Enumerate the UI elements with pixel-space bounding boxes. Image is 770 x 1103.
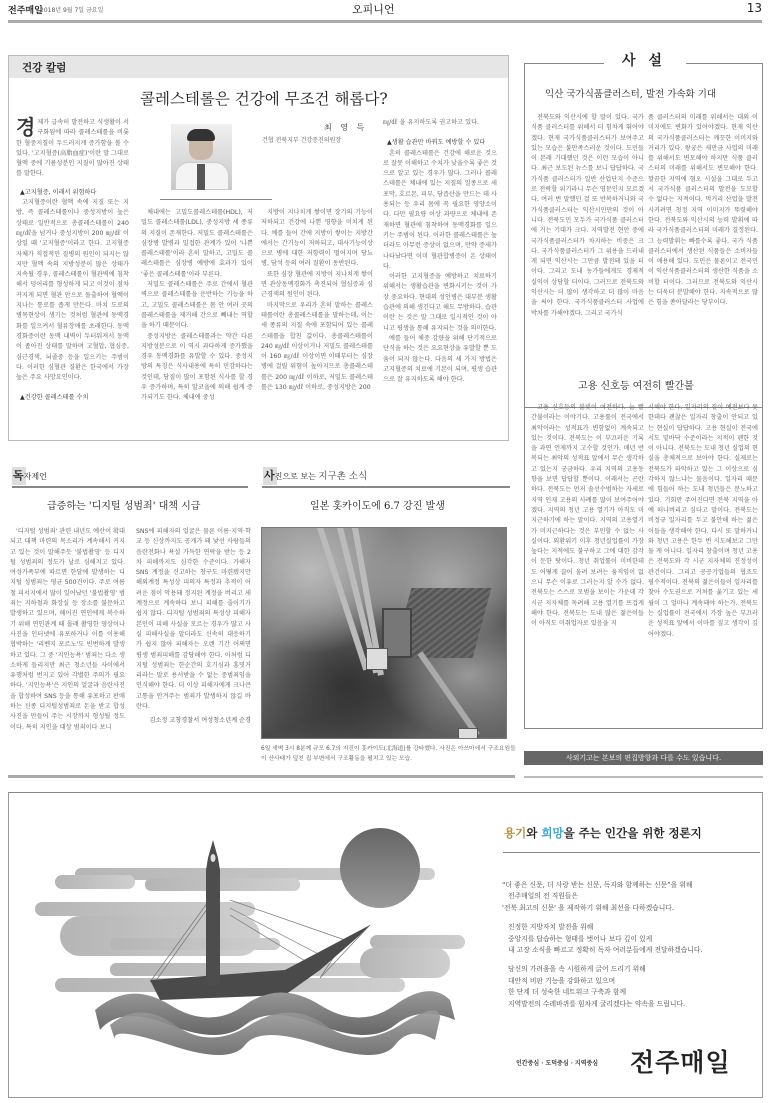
health-column-label: 건강 칼럼 [22,60,66,75]
reader-column-headline: 급증하는 '디지털 성범죄' 대책 시급 [47,497,200,512]
section-divider [8,775,515,778]
editorial-label: 사 설 [622,50,666,70]
author-photo [171,124,232,190]
photo-caption: 6일 새벽 3시 8분께 규모 6.7의 지진이 홋카이도(北海道)를 강타했다… [261,744,517,764]
ship-illustration [30,820,470,1090]
reader-column-tag: 독자제언 [13,467,47,483]
editorial-headline-1: 익산 국가식품클러스터, 발전 가속화 기대 [545,86,716,100]
ad-logo: 전주매일 [630,1043,731,1079]
reader-column-divider [12,486,248,488]
ad-paragraph-1: “더 좋은 신문, 더 사랑 받는 신문, 독자와 함께하는 신문”을 위해 전… [502,880,762,914]
author-divider [160,199,272,200]
photo-news-divider [262,486,510,488]
header-divider [8,20,762,23]
disclaimer-divider [524,776,763,778]
editorial-1-col-2: 품 클러스터의 미래를 위해서는 대외 이미지에도 변화가 있어야겠다. 현재 … [648,113,758,309]
subhead: ▲고지혈증, 이래서 위험하다 [16,188,129,198]
health-column-headline: 콜레스테롤은 건강에 무조건 해롭다? [140,87,388,109]
author-name: 최 영 득 [324,122,367,133]
masthead-brand: 전주매일 [8,3,43,16]
photo-news-tag: 사진으로 보는 지구촌 소식 [264,467,367,483]
editorial-1-col-1: 전북도와 익산시에 할 말이 있다. 국가식품 클러스터를 위해서 더 힘차게 … [531,113,644,319]
subhead: ▲건강한 콜레스테롤 수치 [16,393,129,403]
disclaimer-banner: 사외기고는 본보의 편집방향과 다를 수도 있습니다. [524,751,763,765]
reader-col-2: SNS에 피해자의 얼굴은 물론 이름·지역·학교 등 신상까지도 공개가 돼 … [136,527,251,727]
earthquake-photo [261,527,507,739]
editorial-2-col-2: 시해야 한다. 일자리의 질이 예전보다 못한데다 괜찮은 일자리 창출이 안되… [648,403,758,640]
health-col-3: 지방이 지나치게 쌓이면 장기의 기능이 저하되고 건강에 나쁜 영향을 미치게… [261,208,373,393]
issue-date: 2018년 9월 7일 금요일 [40,5,103,14]
page-number: 13 [747,1,762,15]
editorial-2-col-1: 고용 신호등의 불빛이 여전하다. 늘 빨간불이라는 이야기다. 고용률이 전국… [531,403,644,630]
ad-paragraph-3: 당신의 가려움을 속 시원하게 긁어 드리기 위해 대안적 비판 기능을 강화하… [502,964,762,1010]
dropcap: 경 [16,118,35,136]
section-title: 오피니언 [352,1,395,17]
author-role: 건협 전북지부 건강증진의원장 [262,135,341,144]
health-col-2: 체내에는 고밀도콜레스테롤(HDL), 저밀도 콜레스테롤(LDL), 중성지방… [141,208,253,404]
reader-col-1: '디지털 성범죄' 관련 내년도 예산이 확대되고 대책 마련의 목소리가 계속… [10,527,125,733]
ad-tagline: 인간중심 · 도덕중심 · 지역중심 [516,1058,598,1067]
ad-body: “더 좋은 신문, 더 사랑 받는 신문, 독자와 함께하는 신문”을 위해 전… [502,880,762,1018]
health-column-bar [9,56,508,78]
health-col-4: ㎎/㎗ 을 유지하도록 권고하고 있다. ▲생활 습관만 바꿔도 예방할 수 있… [383,118,497,385]
byline: 김소정 고창경찰서 여성청소년계 순경 [136,716,251,726]
ad-slogan-divider [503,852,760,853]
ad-slogan: 용기와 희망을 주는 인간을 위한 정론지 [504,825,702,841]
health-col-1: 경제가 급속히 발전하고 식생활이 서구화됨에 따라 콜레스테롤을 비롯한 혈중… [16,118,129,404]
ad-paragraph-2: 진정한 지방자치 발전을 위해 중앙지를 답습하는 형태를 벗어나 보다 깊이 … [502,922,762,956]
subhead: ▲생활 습관만 바꿔도 예방할 수 있다 [383,138,497,148]
photo-news-headline: 일본 홋카이도에 6.7 강진 발생 [310,497,445,512]
editorial-headline-2: 고용 신호등 여전히 빨간불 [578,377,694,392]
